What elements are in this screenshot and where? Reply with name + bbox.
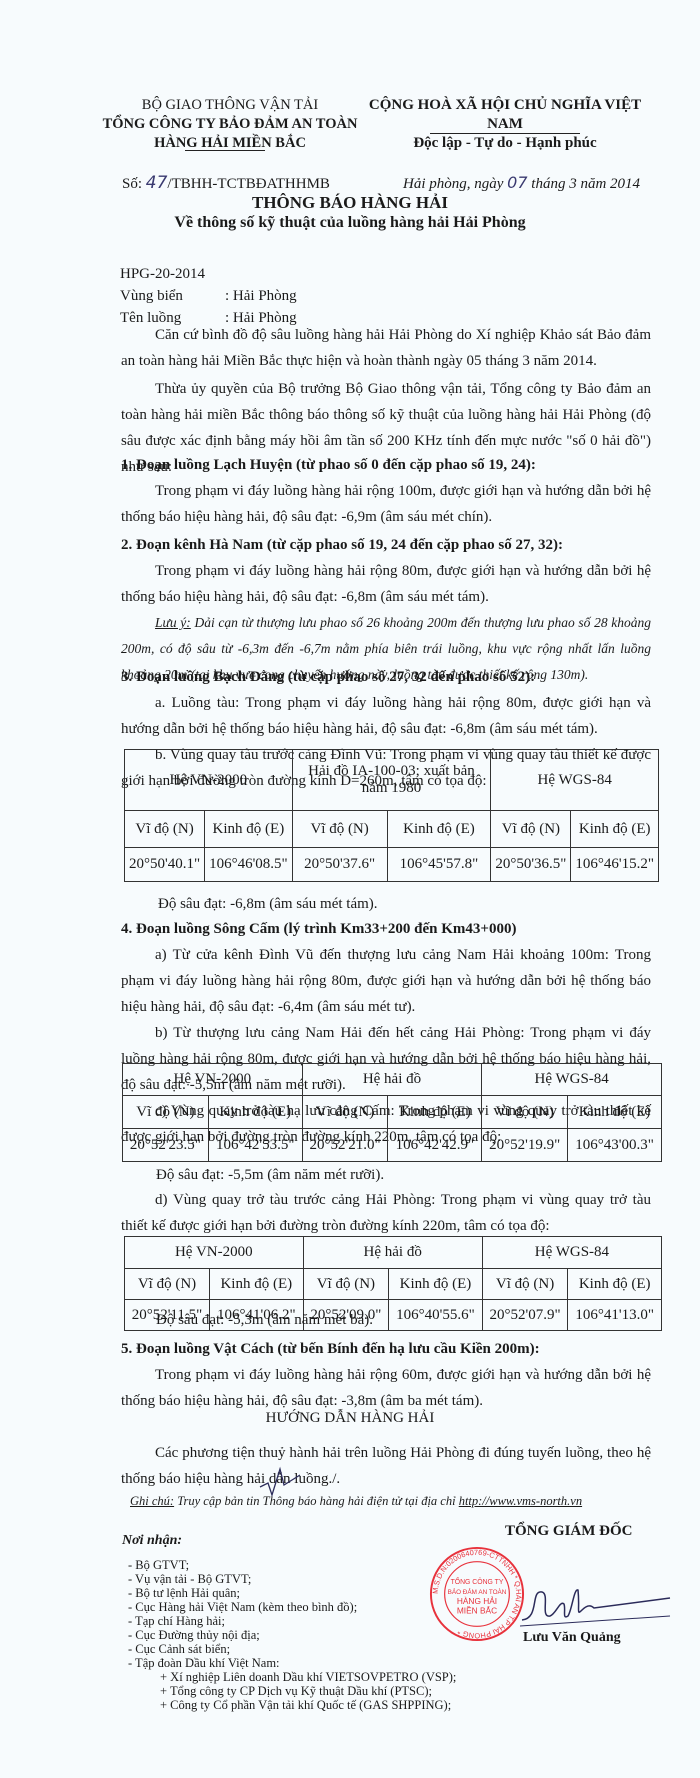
column-header: Kinh độ (E) — [208, 1096, 302, 1129]
section-5: 5. Đoạn luồng Vật Cách (từ bến Bính đến … — [121, 1336, 651, 1414]
section-text: Trong phạm vi đáy luồng hàng hải rộng 10… — [121, 478, 651, 530]
signature-scribble — [520, 1580, 680, 1630]
column-header: Vĩ độ (N) — [482, 1269, 568, 1300]
recipient-item: - Cục Hàng hải Việt Nam (kèm theo bình đ… — [128, 1600, 456, 1614]
coordinate-cell: 20°50'36.5" — [491, 848, 571, 882]
column-header: Vĩ độ (N) — [302, 1096, 388, 1129]
company-seal: M.S.D.N:0200640769-CTTNHH * Q.HẢI AN T.P… — [428, 1545, 526, 1643]
document-subtitle: Về thông số kỹ thuật của luồng hàng hải … — [0, 214, 700, 232]
coordinate-cell: 106°41'13.0" — [568, 1300, 662, 1331]
handwritten-number: 47 — [146, 173, 168, 193]
column-header: Vĩ độ (N) — [125, 1269, 210, 1300]
section-heading: 4. Đoạn luồng Sông Cấm (lý trình Km33+20… — [121, 916, 651, 942]
website-link[interactable]: http://www.vms-north.vn — [459, 1494, 582, 1508]
section-heading: 3. Đoạn luồng Bạch Đằng (từ cặp phao số … — [121, 664, 651, 690]
signer-title: TỔNG GIÁM ĐỐC — [505, 1523, 633, 1540]
section-text: a. Luồng tàu: Trong phạm vi đáy luồng hà… — [121, 690, 651, 742]
recipient-item: - Tập đoàn Dầu khí Việt Nam: — [128, 1656, 456, 1670]
section-4d: d) Vùng quay trở tàu trước cảng Hải Phòn… — [121, 1187, 651, 1239]
document-title: THÔNG BÁO HÀNG HẢI — [0, 193, 700, 213]
svg-text:TỔNG CÔNG TY: TỔNG CÔNG TY — [451, 1577, 504, 1586]
meta-row: Vùng biển: Hải Phòng — [120, 285, 297, 307]
recipients-list: - Bộ GTVT;- Vụ vận tải - Bộ GTVT;- Bộ tư… — [128, 1558, 456, 1712]
coordinate-cell: 20°50'37.6" — [292, 848, 387, 882]
recipient-sub-item: + Xí nghiệp Liên doanh Dầu khí VIETSOVPE… — [128, 1670, 456, 1684]
nation-name: CỘNG HOÀ XÃ HỘI CHỦ NGHĨA VIỆT NAM — [355, 96, 655, 134]
intro-paragraph: Căn cứ bình đồ độ sâu luồng hàng hải Hải… — [121, 322, 651, 374]
recipients-heading: Nơi nhận: — [122, 1533, 182, 1549]
recipient-item: - Vụ vận tải - Bộ GTVT; — [128, 1572, 456, 1586]
column-header: Kinh độ (E) — [568, 1096, 662, 1129]
column-header: Vĩ độ (N) — [125, 811, 205, 848]
column-header: Vĩ độ (N) — [303, 1269, 389, 1300]
svg-text:MIỀN BẮC: MIỀN BẮC — [457, 1606, 497, 1616]
handwritten-day: 07 — [507, 173, 527, 192]
section-heading: 5. Đoạn luồng Vật Cách (từ bến Bính đến … — [121, 1336, 651, 1362]
guidance-text: Các phương tiện thuỷ hành hải trên luồng… — [121, 1440, 651, 1492]
coordinate-table: Hệ VN-2000 Hải đồ IA-100-03; xuất bản nă… — [124, 749, 659, 882]
svg-text:BẢO ĐẢM AN TOÀN: BẢO ĐẢM AN TOÀN — [448, 1587, 507, 1596]
depth-text: Độ sâu đạt: -5,3m (âm năm mét ba). — [156, 1312, 373, 1329]
guidance-heading: HƯỚNG DẪN HÀNG HẢI — [0, 1410, 700, 1427]
section-heading: 1. Đoạn luồng Lạch Huyện (từ phao số 0 đ… — [121, 452, 651, 478]
company-name: TỔNG CÔNG TY BẢO ĐẢM AN TOÀN — [100, 115, 360, 134]
coordinate-cell: 106°42'42.9" — [388, 1129, 482, 1162]
coordinate-cell: 106°43'00.3" — [568, 1129, 662, 1162]
national-motto: Độc lập - Tự do - Hạnh phúc — [355, 134, 655, 153]
recipient-sub-item: + Tổng công ty CP Dịch vụ Kỹ thuật Dầu k… — [128, 1684, 456, 1698]
column-header: Kinh độ (E) — [387, 811, 491, 848]
column-header: Kinh độ (E) — [205, 811, 293, 848]
coordinate-cell: 106°46'08.5" — [205, 848, 293, 882]
recipient-item: - Cục Cảnh sát biển; — [128, 1642, 456, 1656]
coordinate-cell: 20°52'07.9" — [482, 1300, 568, 1331]
column-header: Kinh độ (E) — [568, 1269, 662, 1300]
coordinate-cell: 20°52'19.9" — [482, 1129, 568, 1162]
footnote: Ghi chú: Truy cập bản tin Thông báo hàng… — [130, 1494, 582, 1509]
signer-name: Lưu Văn Quảng — [523, 1630, 621, 1646]
coordinate-cell: 20°52'23.5" — [123, 1129, 209, 1162]
ministry-name: BỘ GIAO THÔNG VẬN TẢI — [100, 96, 360, 115]
national-header: CỘNG HOÀ XÃ HỘI CHỦ NGHĨA VIỆT NAM Độc l… — [355, 96, 655, 153]
recipient-item: - Bộ tư lệnh Hải quân; — [128, 1586, 456, 1600]
column-header: Kinh độ (E) — [389, 1269, 483, 1300]
issuer-block: BỘ GIAO THÔNG VẬN TẢI TỔNG CÔNG TY BẢO Đ… — [100, 96, 360, 153]
section-text: d) Vùng quay trở tàu trước cảng Hải Phòn… — [121, 1187, 651, 1239]
divider — [430, 133, 580, 134]
section-1: 1. Đoạn luồng Lạch Huyện (từ phao số 0 đ… — [121, 452, 651, 530]
document-number: Số: 47/TBHH-TCTBĐATHHMB — [122, 173, 330, 193]
coordinate-cell: 106°40'55.6" — [389, 1300, 483, 1331]
recipient-item: - Tạp chí Hàng hải; — [128, 1614, 456, 1628]
section-text: Trong phạm vi đáy luồng hàng hải rộng 80… — [121, 558, 651, 610]
coordinate-cell: 106°42'53.5" — [208, 1129, 302, 1162]
section-heading: 2. Đoạn kênh Hà Nam (từ cặp phao số 19, … — [121, 532, 651, 558]
coordinate-cell: 20°52'21.0" — [302, 1129, 388, 1162]
document-date: Hải phòng, ngày 07 tháng 3 năm 2014 — [403, 173, 640, 193]
coordinate-table: Hệ VN-2000 Hệ hải đồ Hệ WGS-84 Vĩ độ (N)… — [122, 1063, 662, 1162]
column-header: Vĩ độ (N) — [292, 811, 387, 848]
column-header: Kinh độ (E) — [571, 811, 659, 848]
section-text: a) Từ cửa kênh Đình Vũ đến thượng lưu cả… — [121, 942, 651, 1020]
recipient-item: - Bộ GTVT; — [128, 1558, 456, 1572]
column-header: Vĩ độ (N) — [491, 811, 571, 848]
column-header: Kinh độ (E) — [388, 1096, 482, 1129]
section-text: Trong phạm vi đáy luồng hàng hải rộng 60… — [121, 1362, 651, 1414]
notice-meta: HPG-20-2014 Vùng biển: Hải Phòng Tên luồ… — [120, 263, 297, 329]
coordinate-cell: 106°46'15.2" — [571, 848, 659, 882]
column-header: Vĩ độ (N) — [123, 1096, 209, 1129]
coordinate-cell: 20°50'40.1" — [125, 848, 205, 882]
column-header: Vĩ độ (N) — [482, 1096, 568, 1129]
svg-text:HÀNG HẢI: HÀNG HẢI — [457, 1595, 497, 1606]
divider — [185, 150, 265, 151]
document-page: BỘ GIAO THÔNG VẬN TẢI TỔNG CÔNG TY BẢO Đ… — [0, 0, 700, 1778]
depth-text: Độ sâu đạt: -5,5m (âm năm mét rưỡi). — [156, 1167, 384, 1184]
coordinate-cell: 106°45'57.8" — [387, 848, 491, 882]
recipient-item: - Cục Đường thủy nội địa; — [128, 1628, 456, 1642]
guidance: Các phương tiện thuỷ hành hải trên luồng… — [121, 1440, 651, 1492]
notice-code: HPG-20-2014 — [120, 263, 297, 285]
column-header: Kinh độ (E) — [210, 1269, 304, 1300]
recipient-sub-item: + Công ty Cổ phần Vận tải khí Quốc tế (G… — [128, 1698, 456, 1712]
